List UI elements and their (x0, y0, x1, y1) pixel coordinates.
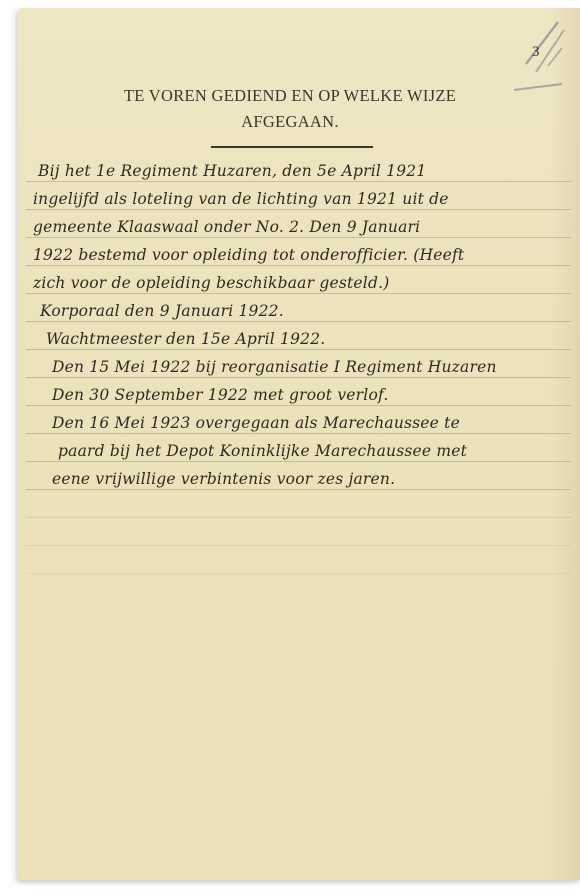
ruled-line (26, 461, 571, 462)
ruled-line (26, 489, 571, 490)
ruled-line (26, 209, 571, 210)
section-title-line-2: AFGEGAAN. (0, 112, 580, 132)
handwritten-line-4: 1922 bestemd voor opleiding tot onderoff… (33, 246, 464, 264)
ruled-line (26, 293, 571, 294)
handwritten-line-7: Wachtmeester den 15e April 1922. (46, 330, 325, 348)
section-title-line-1: TE VOREN GEDIEND EN OP WELKE WIJZE (0, 86, 580, 106)
pencil-annotation-icon (512, 8, 572, 98)
ruled-line (26, 237, 571, 238)
ruled-line (26, 545, 571, 546)
handwritten-line-9: Den 30 September 1922 met groot verlof. (52, 386, 389, 404)
ruled-line (26, 349, 571, 350)
ruled-line (26, 181, 571, 182)
handwritten-line-1: Bij het 1e Regiment Huzaren, den 5e Apri… (38, 162, 426, 180)
handwritten-line-8: Den 15 Mei 1922 bij reorganisatie I Regi… (52, 358, 497, 376)
handwritten-line-3: gemeente Klaaswaal onder No. 2. Den 9 Ja… (33, 218, 420, 236)
ruled-line (26, 573, 571, 574)
ruled-line (26, 433, 571, 434)
page-number: 3 (532, 44, 540, 61)
ruled-line (26, 517, 571, 518)
handwritten-line-12: eene vrijwillige verbintenis voor zes ja… (52, 470, 395, 488)
ruled-line (26, 265, 571, 266)
ruled-line (26, 321, 571, 322)
handwritten-line-2: ingelijfd als loteling van de lichting v… (33, 190, 449, 208)
handwritten-line-11: paard bij het Depot Koninklijke Marechau… (58, 442, 467, 460)
handwritten-line-10: Den 16 Mei 1923 overgegaan als Marechaus… (52, 414, 460, 432)
title-divider (211, 146, 373, 148)
handwritten-line-6: Korporaal den 9 Januari 1922. (40, 302, 284, 320)
ruled-line (26, 377, 571, 378)
handwritten-line-5: zich voor de opleiding beschikbaar geste… (33, 274, 389, 292)
ruled-line (26, 405, 571, 406)
